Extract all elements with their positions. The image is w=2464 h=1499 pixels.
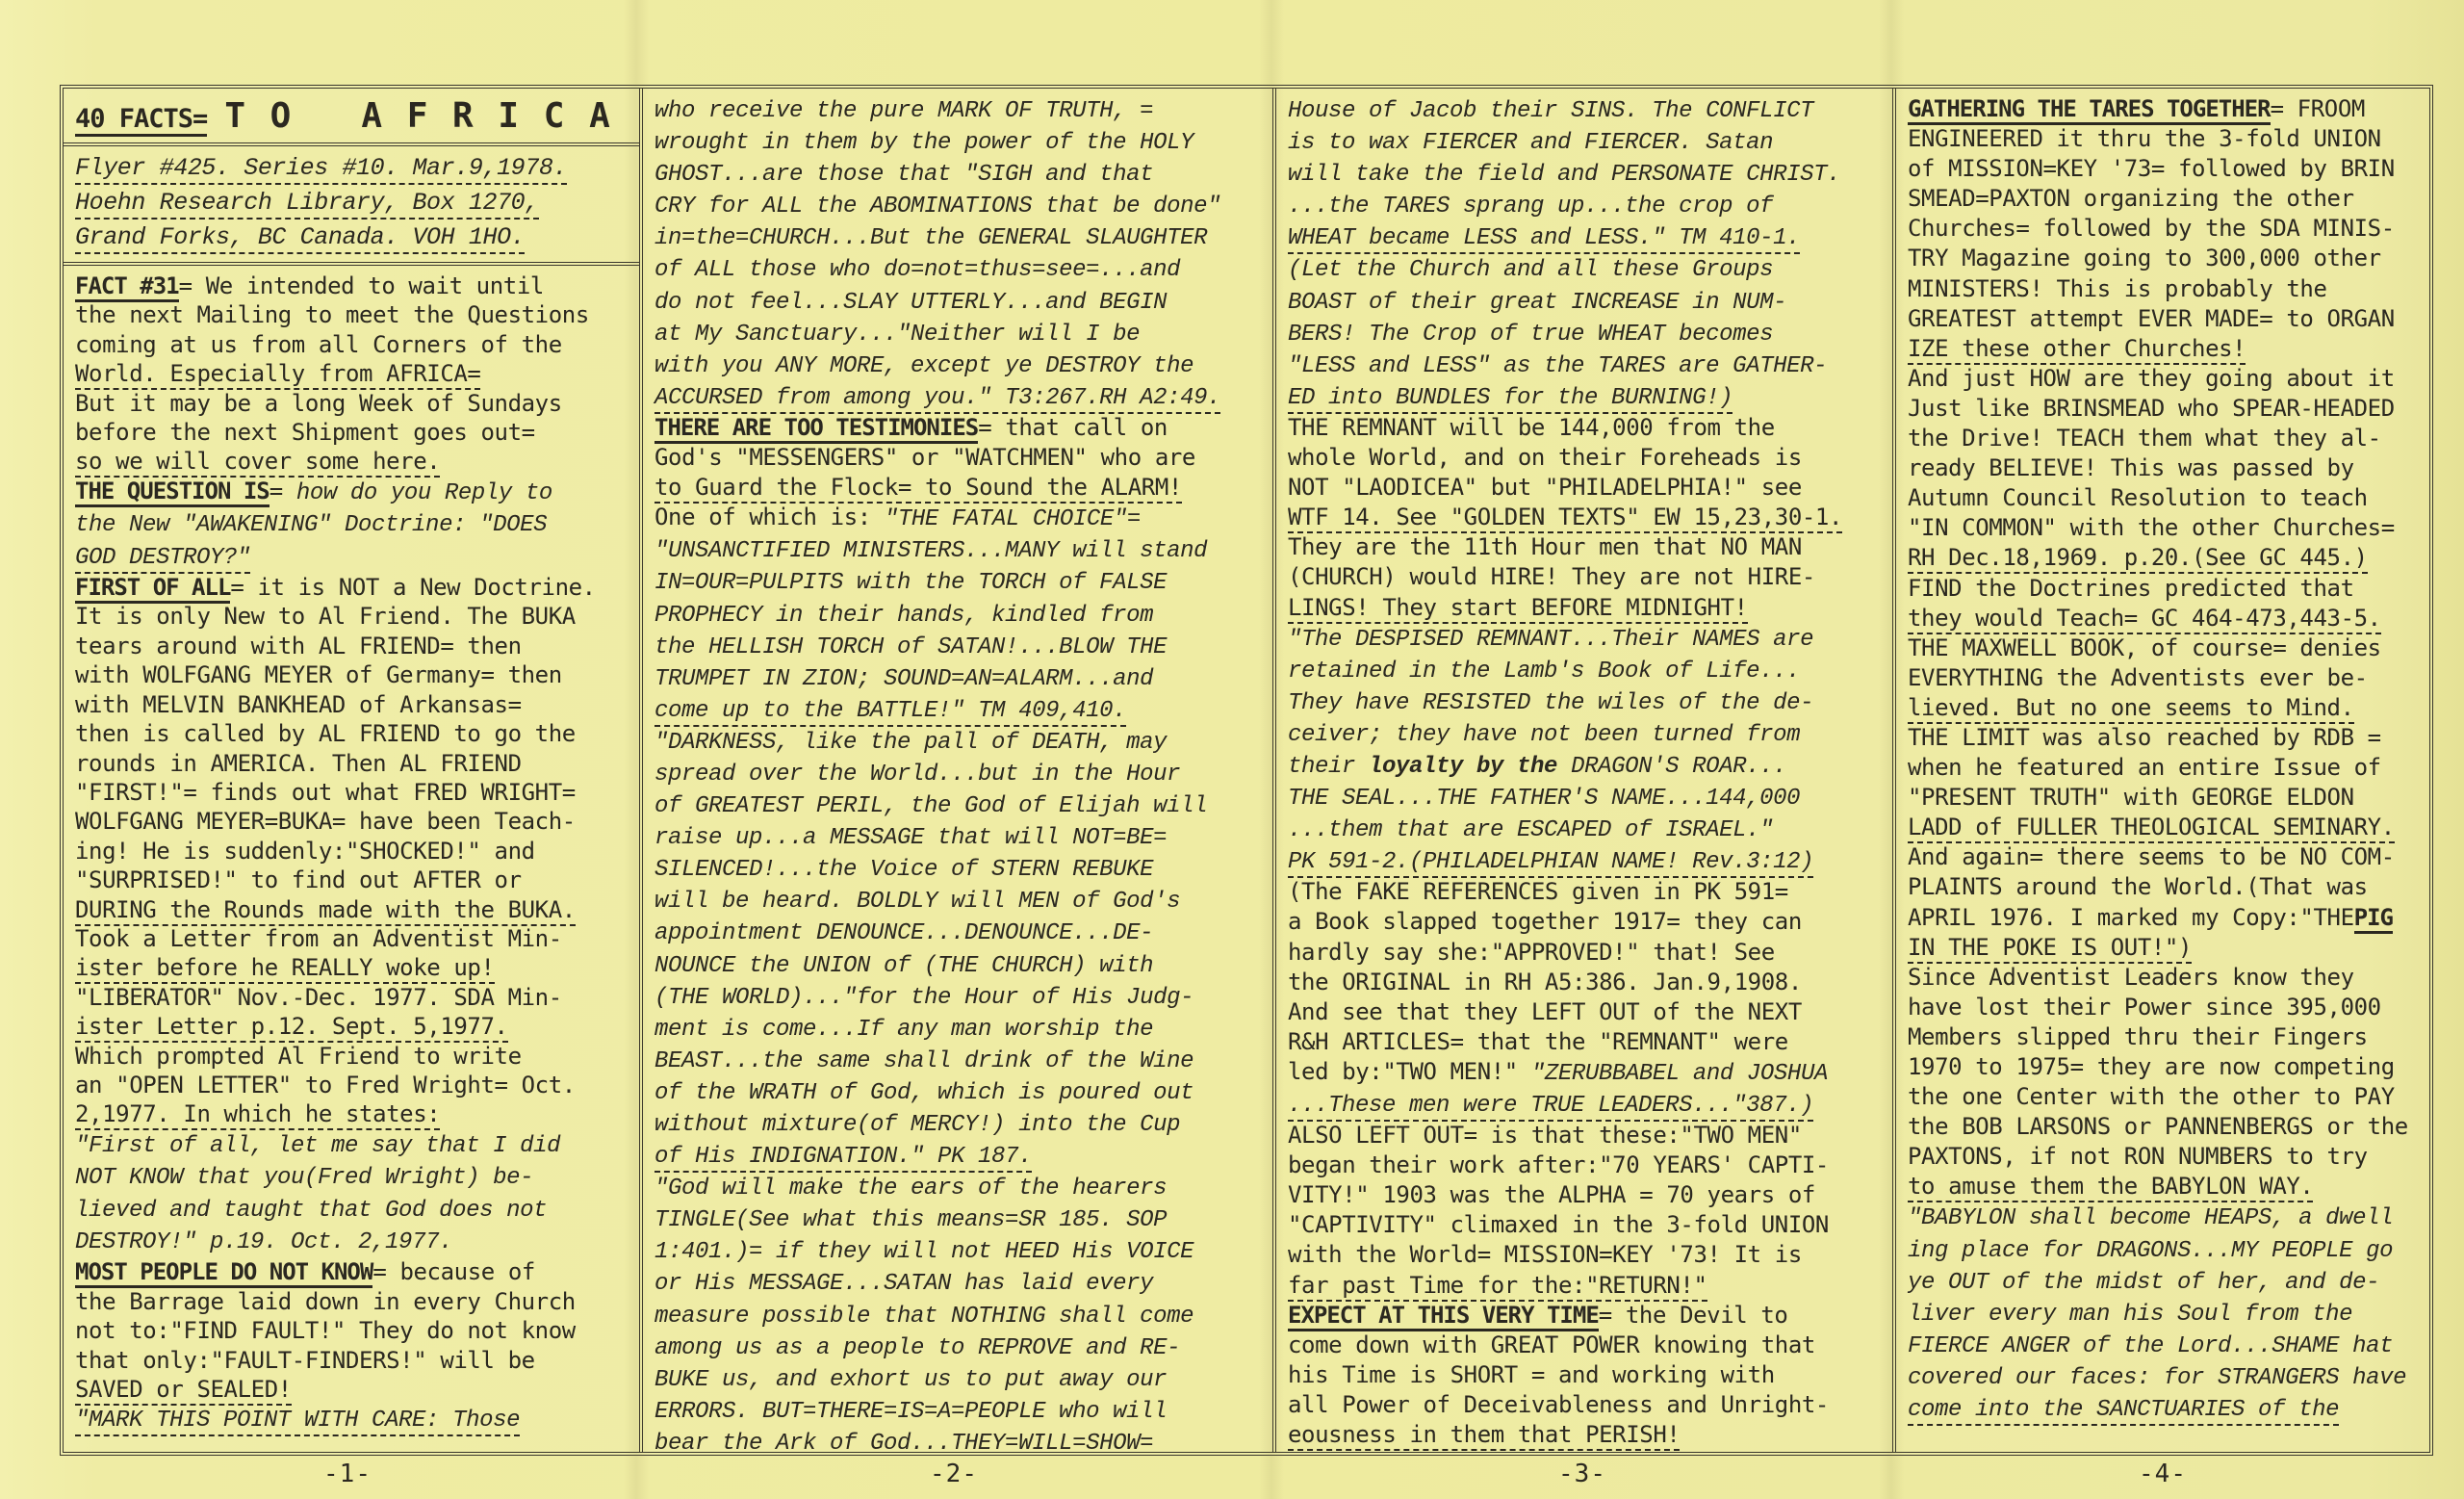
text-line: of His INDIGNATION." PK 187. bbox=[654, 1140, 1265, 1172]
text-line: began their work after:"70 YEARS' CAPTI- bbox=[1288, 1150, 1885, 1180]
text-line: WOLFGANG MEYER=BUKA= have been Teach- bbox=[75, 807, 631, 836]
text-line: ment is come...If any man worship the bbox=[654, 1013, 1265, 1045]
text-line: an "OPEN LETTER" to Fred Wright= Oct. bbox=[75, 1071, 631, 1099]
text-line: whole World, and on their Foreheads is bbox=[1288, 443, 1885, 473]
text-line: the one Center with the other to PAY bbox=[1908, 1082, 2422, 1112]
text-line: GATHERING THE TARES TOGETHER= FROOM bbox=[1908, 94, 2422, 124]
text-line: hardly say she:"APPROVED!" that! See bbox=[1288, 938, 1885, 968]
text-line: World. Especially from AFRICA= bbox=[75, 359, 631, 388]
text-line: And see that they LEFT OUT of the NEXT bbox=[1288, 997, 1885, 1027]
text-line: ERRORS. BUT=THERE=IS=A=PEOPLE who will bbox=[654, 1395, 1265, 1427]
text-line: (The FAKE REFERENCES given in PK 591= bbox=[1288, 877, 1885, 907]
text-line: Hoehn Research Library, Box 1270, bbox=[75, 185, 629, 220]
text-line: "PRESENT TRUTH" with GEORGE ELDON bbox=[1908, 783, 2422, 813]
text-line: do not feel...SLAY UTTERLY...and BEGIN bbox=[654, 286, 1265, 318]
text-line: DESTROY!" p.19. Oct. 2,1977. bbox=[75, 1226, 631, 1257]
text-line: the next Mailing to meet the Questions bbox=[75, 300, 631, 329]
text-line: eousness in them that PERISH! bbox=[1288, 1420, 1885, 1450]
text-line: MINISTERS! This is probably the bbox=[1908, 274, 2422, 304]
text-line: all Power of Deceivableness and Unright- bbox=[1288, 1390, 1885, 1420]
text-line: Which prompted Al Friend to write bbox=[75, 1042, 631, 1071]
text-line: 1:401.)= if they will not HEED His VOICE bbox=[654, 1235, 1265, 1267]
text-line: covered our faces: for STRANGERS have bbox=[1908, 1361, 2422, 1393]
text-line: retained in the Lamb's Book of Life... bbox=[1288, 655, 1885, 686]
text-line: spread over the World...but in the Hour bbox=[654, 758, 1265, 789]
text-line: lieved and taught that God does not bbox=[75, 1194, 631, 1226]
flyer-title: T O A F R I C A = bbox=[224, 96, 639, 136]
text-line: in=the=CHURCH...But the GENERAL SLAUGHTE… bbox=[654, 221, 1265, 253]
text-line: ister before he REALLY woke up! bbox=[75, 953, 631, 982]
text-line: They have RESISTED the wiles of the de- bbox=[1288, 686, 1885, 718]
text-line: the Barrage laid down in every Church bbox=[75, 1287, 631, 1316]
text-line: wrought in them by the power of the HOLY bbox=[654, 126, 1265, 158]
text-line: It is only New to Al Friend. The BUKA bbox=[75, 602, 631, 631]
text-line: without mixture(of MERCY!) into the Cup bbox=[654, 1108, 1265, 1140]
text-line: IN=OUR=PULPITS with the TORCH of FALSE bbox=[654, 566, 1265, 598]
scanned-flyer-page: { "palette":{"paper":"#eeeb9f","ink":"#2… bbox=[0, 0, 2464, 1499]
text-line: GREATEST attempt EVER MADE= to ORGAN bbox=[1908, 304, 2422, 334]
text-line: Since Adventist Leaders know they bbox=[1908, 963, 2422, 993]
text-line: WHEAT became LESS and LESS." TM 410-1. bbox=[1288, 221, 1885, 253]
text-line: APRIL 1976. I marked my Copy:"THEPIG bbox=[1908, 903, 2422, 933]
text-line: measure possible that NOTHING shall come bbox=[654, 1300, 1265, 1331]
text-line: among us as a people to REPROVE and RE- bbox=[654, 1331, 1265, 1363]
text-line: NOT "LAODICEA" but "PHILADELPHIA!" see bbox=[1288, 473, 1885, 503]
text-line: ENGINEERED it thru the 3-fold UNION bbox=[1908, 124, 2422, 154]
column-3: House of Jacob their SINS. The CONFLICTi… bbox=[1272, 89, 1892, 1452]
text-line: come into the SANCTUARIES of the bbox=[1908, 1393, 2422, 1425]
text-line: God's "MESSENGERS" or "WATCHMEN" who are bbox=[654, 443, 1265, 473]
text-line: THE LIMIT was also reached by RDB = bbox=[1908, 723, 2422, 753]
text-line: THE MAXWELL BOOK, of course= denies bbox=[1908, 633, 2422, 663]
column-3-text: House of Jacob their SINS. The CONFLICTi… bbox=[1288, 94, 1885, 1450]
text-line: MOST PEOPLE DO NOT KNOW= because of bbox=[75, 1257, 631, 1286]
text-line: will take the field and PERSONATE CHRIST… bbox=[1288, 158, 1885, 190]
text-line: "BABYLON shall become HEAPS, a dwell bbox=[1908, 1202, 2422, 1233]
page-number-3: -3- bbox=[1272, 1460, 1892, 1496]
text-line: bear the Ark of God...THEY=WILL=SHOW= bbox=[654, 1427, 1265, 1452]
text-line: Autumn Council Resolution to teach bbox=[1908, 483, 2422, 513]
text-line: of GREATEST PERIL, the God of Elijah wil… bbox=[654, 789, 1265, 821]
text-line: Churches= followed by the SDA MINIS- bbox=[1908, 214, 2422, 244]
text-line: the Drive! TEACH them what they al- bbox=[1908, 424, 2422, 453]
text-line: at My Sanctuary..."Neither will I be bbox=[654, 318, 1265, 349]
text-line: CRY for ALL the ABOMINATIONS that be don… bbox=[654, 190, 1265, 221]
text-line: ...These men were TRUE LEADERS..."387.) bbox=[1288, 1089, 1885, 1121]
text-line: R&H ARTICLES= that the "REMNANT" were bbox=[1288, 1027, 1885, 1057]
text-line: (THE WORLD)..."for the Hour of His Judg- bbox=[654, 981, 1265, 1013]
text-line: "The DESPISED REMNANT...Their NAMES are bbox=[1288, 623, 1885, 655]
text-line: BOAST of their great INCREASE in NUM- bbox=[1288, 286, 1885, 318]
text-line: FIRST OF ALL= it is NOT a New Doctrine. bbox=[75, 573, 631, 602]
text-line: NOT KNOW that you(Fred Wright) be- bbox=[75, 1161, 631, 1193]
text-line: is to wax FIERCER and FIERCER. Satan bbox=[1288, 126, 1885, 158]
column-2-text: who receive the pure MARK OF TRUTH, =wro… bbox=[654, 94, 1265, 1452]
text-line: SMEAD=PAXTON organizing the other bbox=[1908, 184, 2422, 214]
masthead-title-row: 40 FACTS= T O A F R I C A = bbox=[64, 89, 639, 146]
text-line: the BOB LARSONS or PANNENBERGS or the bbox=[1908, 1112, 2422, 1142]
text-line: ing place for DRAGONS...MY PEOPLE go bbox=[1908, 1234, 2422, 1266]
text-line: to Guard the Flock= to Sound the ALARM! bbox=[654, 473, 1265, 503]
text-line: who receive the pure MARK OF TRUTH, = bbox=[654, 94, 1265, 126]
text-line: FIND the Doctrines predicted that bbox=[1908, 574, 2422, 604]
text-line: PAXTONS, if not RON NUMBERS to try bbox=[1908, 1142, 2422, 1172]
text-line: LINGS! They start BEFORE MIDNIGHT! bbox=[1288, 593, 1885, 623]
text-line: ED into BUNDLES for the BURNING!) bbox=[1288, 381, 1885, 413]
text-line: GHOST...are those that "SIGH and that bbox=[654, 158, 1265, 190]
text-line: that only:"FAULT-FINDERS!" will be bbox=[75, 1346, 631, 1375]
text-line: 1970 to 1975= they are now competing bbox=[1908, 1052, 2422, 1082]
text-line: ready BELIEVE! This was passed by bbox=[1908, 453, 2422, 483]
text-line: ...the TARES sprang up...the crop of bbox=[1288, 190, 1885, 221]
text-line: PK 591-2.(PHILADELPHIAN NAME! Rev.3:12) bbox=[1288, 845, 1885, 877]
text-line: with WOLFGANG MEYER of Germany= then bbox=[75, 660, 631, 689]
text-line: "IN COMMON" with the other Churches= bbox=[1908, 513, 2422, 543]
text-line: his Time is SHORT = and working with bbox=[1288, 1360, 1885, 1390]
text-line: 2,1977. In which he states: bbox=[75, 1099, 631, 1128]
text-line: THE REMNANT will be 144,000 from the bbox=[1288, 413, 1885, 443]
page-number-2: -2- bbox=[635, 1460, 1272, 1496]
text-line: when he featured an entire Issue of bbox=[1908, 753, 2422, 783]
text-line: "CAPTIVITY" climaxed in the 3-fold UNION bbox=[1288, 1210, 1885, 1240]
text-line: their loyalty by the DRAGON'S ROAR... bbox=[1288, 750, 1885, 782]
text-line: "FIRST!"= finds out what FRED WRIGHT= bbox=[75, 778, 631, 807]
text-line: TINGLE(See what this means=SR 185. SOP bbox=[654, 1203, 1265, 1235]
text-line: WTF 14. See "GOLDEN TEXTS" EW 15,23,30-1… bbox=[1288, 503, 1885, 532]
text-line: "UNSANCTIFIED MINISTERS...MANY will stan… bbox=[654, 534, 1265, 566]
text-line: TRUMPET IN ZION; SOUND=AN=ALARM...and bbox=[654, 662, 1265, 694]
text-line: IN THE POKE IS OUT!") bbox=[1908, 933, 2422, 963]
text-line: IZE these other Churches! bbox=[1908, 334, 2422, 364]
text-line: RH Dec.18,1969. p.20.(See GC 445.) bbox=[1908, 543, 2422, 573]
text-line: "MARK THIS POINT WITH CARE: Those bbox=[75, 1404, 631, 1435]
text-line: "SURPRISED!" to find out AFTER or bbox=[75, 866, 631, 894]
text-line: come up to the BATTLE!" TM 409,410. bbox=[654, 694, 1265, 726]
text-line: then is called by AL FRIEND to go the bbox=[75, 719, 631, 748]
text-line: the New "AWAKENING" Doctrine: "DOES bbox=[75, 508, 631, 540]
text-line: (Let the Church and all these Groups bbox=[1288, 253, 1885, 285]
text-line: House of Jacob their SINS. The CONFLICT bbox=[1288, 94, 1885, 126]
text-line: ceiver; they have not been turned from bbox=[1288, 718, 1885, 750]
text-line: THE QUESTION IS= how do you Reply to bbox=[75, 477, 631, 508]
text-line: And just HOW are they going about it bbox=[1908, 364, 2422, 394]
text-line: Members slipped thru their Fingers bbox=[1908, 1022, 2422, 1052]
text-line: GOD DESTROY?" bbox=[75, 541, 631, 573]
page-numbers: -1- -2- -3- -4- bbox=[60, 1460, 2433, 1496]
text-line: "DARKNESS, like the pall of DEATH, may bbox=[654, 726, 1265, 758]
text-line: "LIBERATOR" Nov.-Dec. 1977. SDA Min- bbox=[75, 983, 631, 1012]
text-line: will be heard. BOLDLY will MEN of God's bbox=[654, 885, 1265, 917]
text-line: Just like BRINSMEAD who SPEAR-HEADED bbox=[1908, 394, 2422, 424]
text-line: of the WRATH of God, which is poured out bbox=[654, 1076, 1265, 1108]
text-line: TRY Magazine going to 300,000 other bbox=[1908, 244, 2422, 273]
text-line: BERS! The Crop of true WHEAT becomes bbox=[1288, 318, 1885, 349]
text-line: FACT #31= We intended to wait until bbox=[75, 271, 631, 300]
text-line: raise up...a MESSAGE that will NOT=BE= bbox=[654, 821, 1265, 853]
text-line: And again= there seems to be NO COM- bbox=[1908, 842, 2422, 872]
text-line: SAVED or SEALED! bbox=[75, 1375, 631, 1404]
text-line: appointment DENOUNCE...DENOUNCE...DE- bbox=[654, 917, 1265, 948]
text-line: Grand Forks, BC Canada. VOH 1HO. bbox=[75, 220, 629, 254]
text-line: VITY!" 1903 was the ALPHA = 70 years of bbox=[1288, 1180, 1885, 1210]
text-line: FIERCE ANGER of the Lord...SHAME hat bbox=[1908, 1330, 2422, 1361]
text-line: ACCURSED from among you." T3:267.RH A2:4… bbox=[654, 381, 1265, 413]
text-line: tears around with AL FRIEND= then bbox=[75, 632, 631, 660]
column-2: who receive the pure MARK OF TRUTH, =wro… bbox=[639, 89, 1272, 1452]
column-1-text: FACT #31= We intended to wait untilthe n… bbox=[75, 271, 631, 1436]
text-line: "God will make the ears of the hearers bbox=[654, 1172, 1265, 1203]
column-4: GATHERING THE TARES TOGETHER= FROOMENGIN… bbox=[1892, 89, 2429, 1452]
text-line: "First of all, let me say that I did bbox=[75, 1129, 631, 1161]
text-line: of MISSION=KEY '73= followed by BRIN bbox=[1908, 154, 2422, 184]
masthead-address: Flyer #425. Series #10. Mar.9,1978.Hoehn… bbox=[64, 146, 639, 262]
column-1: 40 FACTS= T O A F R I C A = Flyer #425. … bbox=[64, 89, 639, 1452]
text-line: LADD of FULLER THEOLOGICAL SEMINARY. bbox=[1908, 813, 2422, 842]
page-number-4: -4- bbox=[1892, 1460, 2433, 1496]
text-line: PROPHECY in their hands, kindled from bbox=[654, 599, 1265, 631]
text-line: Took a Letter from an Adventist Min- bbox=[75, 924, 631, 953]
text-line: NOUNCE the UNION of (THE CHURCH) with bbox=[654, 949, 1265, 981]
text-line: to amuse them the BABYLON WAY. bbox=[1908, 1172, 2422, 1202]
text-line: BEAST...the same shall drink of the Wine bbox=[654, 1045, 1265, 1076]
text-line: coming at us from all Corners of the bbox=[75, 330, 631, 359]
masthead: 40 FACTS= T O A F R I C A = Flyer #425. … bbox=[64, 89, 639, 266]
text-line: liver every man his Soul from the bbox=[1908, 1298, 2422, 1330]
page-number-1: -1- bbox=[60, 1460, 635, 1496]
flyer-sheet: 40 FACTS= T O A F R I C A = Flyer #425. … bbox=[60, 85, 2433, 1456]
text-line: EXPECT AT THIS VERY TIME= the Devil to bbox=[1288, 1301, 1885, 1331]
text-line: ister Letter p.12. Sept. 5,1977. bbox=[75, 1012, 631, 1041]
text-line: they would Teach= GC 464-473,443-5. bbox=[1908, 604, 2422, 633]
text-line: far past Time for the:"RETURN!" bbox=[1288, 1271, 1885, 1301]
text-line: so we will cover some here. bbox=[75, 447, 631, 476]
text-line: "LESS and LESS" as the TARES are GATHER- bbox=[1288, 349, 1885, 381]
text-line: PLAINTS around the World.(That was bbox=[1908, 872, 2422, 902]
text-line: of ALL those who do=not=thus=see=...and bbox=[654, 253, 1265, 285]
text-line: rounds in AMERICA. Then AL FRIEND bbox=[75, 749, 631, 778]
text-line: EVERYTHING the Adventists ever be- bbox=[1908, 663, 2422, 693]
text-line: BUKE us, and exhort us to put away our bbox=[654, 1363, 1265, 1395]
text-line: But it may be a long Week of Sundays bbox=[75, 389, 631, 418]
text-line: ...them that are ESCAPED of ISRAEL." bbox=[1288, 814, 1885, 845]
text-line: the ORIGINAL in RH A5:386. Jan.9,1908. bbox=[1288, 968, 1885, 997]
text-line: lieved. But no one seems to Mind. bbox=[1908, 693, 2422, 723]
text-line: come down with GREAT POWER knowing that bbox=[1288, 1331, 1885, 1360]
text-line: before the next Shipment goes out= bbox=[75, 418, 631, 447]
text-line: One of which is: "THE FATAL CHOICE"= bbox=[654, 503, 1265, 534]
text-line: a Book slapped together 1917= they can bbox=[1288, 907, 1885, 937]
text-line: They are the 11th Hour men that NO MAN bbox=[1288, 532, 1885, 562]
text-line: or His MESSAGE...SATAN has laid every bbox=[654, 1267, 1265, 1299]
text-line: Flyer #425. Series #10. Mar.9,1978. bbox=[75, 150, 629, 185]
text-line: ye OUT of the midst of her, and de- bbox=[1908, 1266, 2422, 1298]
text-line: not to:"FIND FAULT!" They do not know bbox=[75, 1316, 631, 1345]
text-line: with you ANY MORE, except ye DESTROY the bbox=[654, 349, 1265, 381]
text-line: THE SEAL...THE FATHER'S NAME...144,000 bbox=[1288, 782, 1885, 814]
text-line: ALSO LEFT OUT= is that these:"TWO MEN" bbox=[1288, 1121, 1885, 1150]
text-line: led by:"TWO MEN!" "ZERUBBABEL and JOSHUA bbox=[1288, 1057, 1885, 1089]
text-line: have lost their Power since 395,000 bbox=[1908, 993, 2422, 1022]
series-label: 40 FACTS= bbox=[75, 104, 207, 137]
text-line: the HELLISH TORCH of SATAN!...BLOW THE bbox=[654, 631, 1265, 662]
text-line: THERE ARE TOO TESTIMONIES= that call on bbox=[654, 413, 1265, 443]
text-line: DURING the Rounds made with the BUKA. bbox=[75, 895, 631, 924]
text-line: with MELVIN BANKHEAD of Arkansas= bbox=[75, 690, 631, 719]
text-line: ing! He is suddenly:"SHOCKED!" and bbox=[75, 837, 631, 866]
text-line: (CHURCH) would HIRE! They are not HIRE- bbox=[1288, 562, 1885, 592]
text-line: SILENCED!...the Voice of STERN REBUKE bbox=[654, 853, 1265, 885]
column-4-text: GATHERING THE TARES TOGETHER= FROOMENGIN… bbox=[1908, 94, 2422, 1425]
text-line: with the World= MISSION=KEY '73! It is bbox=[1288, 1240, 1885, 1270]
